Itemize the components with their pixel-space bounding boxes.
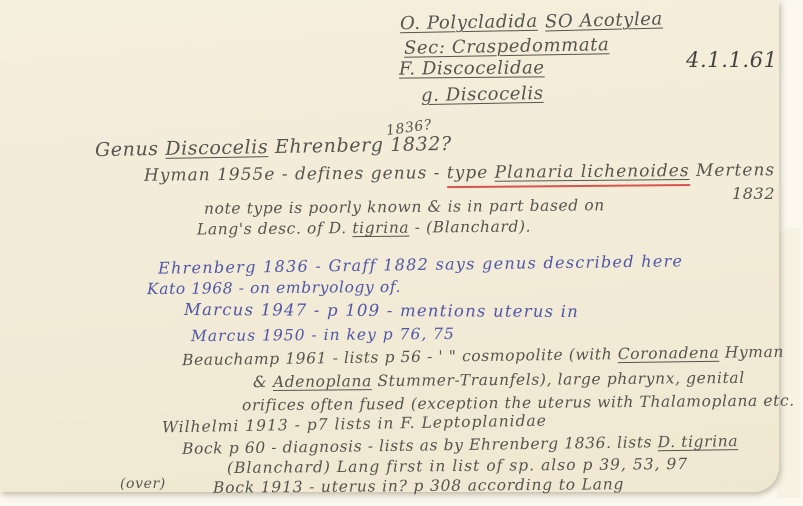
ref-bock-line-3: Bock 1913 - uterus in? p 308 according t… [213, 475, 624, 497]
hyman-type-line: Hyman 1955e - defines genus - type Plana… [144, 160, 775, 186]
type-label: type [447, 163, 495, 183]
coronadena-genus-name: Coronadena [618, 344, 720, 363]
taxon-order-label: O. Polycladida [400, 11, 538, 34]
wrapped-year: 1832 [732, 184, 775, 203]
genus-heading-post: Ehrenberg 1832? [268, 133, 452, 158]
hyman-type-post: Mertens [689, 160, 775, 181]
taxon-family-label: F. Discocelidae [399, 57, 545, 79]
catalog-number: 4.1.1.61 [686, 48, 778, 72]
ref-marcus-1950: Marcus 1950 - in key p 76, 75 [191, 325, 455, 345]
type-designation: type Planaria lichenoides [447, 161, 690, 188]
taxon-section-label: Sec: Craspedommata [404, 34, 610, 59]
adenoplana-genus-name: Adenoplana [273, 372, 372, 391]
beauchamp-2-post: Stummer-Traunfels), large pharynx, genit… [372, 369, 745, 390]
scanned-index-card-page: O. Polycladida SO Acotylea Sec: Craspedo… [0, 0, 803, 506]
type-species-name: Planaria lichenoides [495, 161, 690, 183]
type-note-line-1: note type is poorly known & is in part b… [204, 196, 605, 217]
taxon-order: O. Polycladida [400, 11, 538, 34]
ref-kato: Kato 1968 - on embryology of. [147, 278, 401, 298]
hyman-type-pre: Hyman 1955e - defines genus - [144, 163, 447, 186]
taxon-suborder: SO Acotylea [545, 8, 663, 32]
genus-name: Discocelis [165, 136, 268, 160]
taxon-genus-label: g. Discocelis [421, 83, 544, 106]
over-note: (over) [120, 476, 166, 492]
card-behind-edge [777, 228, 801, 498]
ref-marcus-1947: Marcus 1947 - p 109 - mentions uterus in [184, 300, 579, 321]
tigrina-species-name: tigrina [352, 219, 409, 237]
type-note-2-post: - (Blanchard). [409, 218, 531, 237]
type-note-line-2: Lang's desc. of D. tigrina - (Blanchard)… [197, 218, 531, 239]
beauchamp-2-pre: & [253, 373, 273, 391]
taxon-suborder-label: SO Acotylea [545, 8, 663, 32]
taxon-genus: g. Discocelis [421, 83, 544, 106]
beauchamp-post: Hyman [719, 343, 784, 362]
bock-tigrina-name: D. tigrina [658, 432, 739, 451]
taxon-family: F. Discocelidae [399, 57, 545, 79]
taxon-section: Sec: Craspedommata [404, 34, 610, 59]
type-note-2-pre: Lang's desc. of D. [197, 219, 352, 238]
genus-heading-pre: Genus [95, 138, 166, 161]
